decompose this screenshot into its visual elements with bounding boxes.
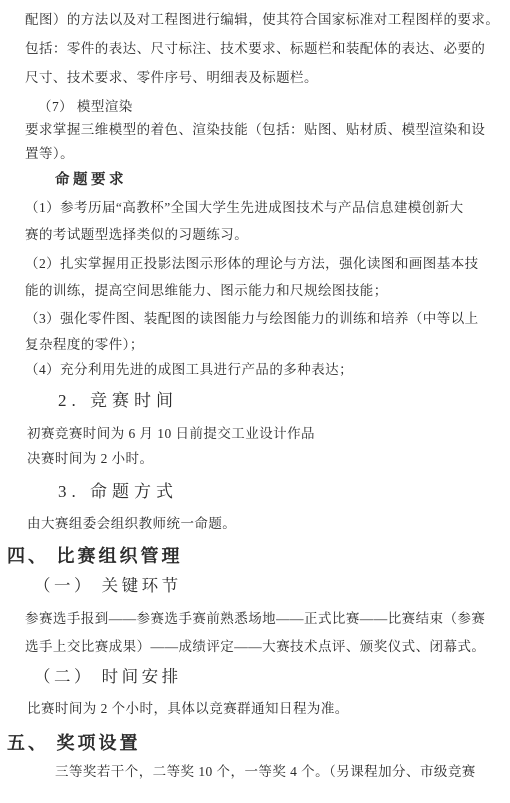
requirement-3-line: （3）强化零件图、装配图的读图能力与绘图能力的训练和培养（中等以上 [25,311,479,327]
final-time-line: 决赛时间为 2 小时。 [27,451,153,467]
paragraph-line: 尺寸、技术要求、零件序号、明细表及标题栏。 [25,70,318,86]
preliminary-time-line: 初赛竞赛时间为 6 月 10 日前提交工业设计作品 [27,426,315,442]
heading-proposition-requirements: 命题要求 [55,172,127,189]
heading-time-arrangement: （二） 时间安排 [34,668,182,687]
heading-3-proposition-method: 3. 命题方式 [58,482,178,502]
paragraph-line: 要求掌握三维模型的着色、渲染技能（包括：贴图、贴材质、模型渲染和设 [25,122,485,138]
heading-key-links: （一） 关键环节 [34,577,182,596]
heading-2-competition-time: 2. 竞赛时间 [58,391,178,411]
paragraph-line: 包括：零件的表达、尺寸标注、技术要求、标题栏和装配体的表达、必要的 [25,41,485,57]
time-arrangement-line: 比赛时间为 2 个小时，具体以竞赛群通知日程为准。 [27,701,349,717]
document-page: 配图）的方法以及对工程图进行编辑，使其符合国家标准对工程图样的要求。 包括：零件… [0,0,510,803]
paragraph-line: 配图）的方法以及对工程图进行编辑，使其符合国家标准对工程图样的要求。 [25,12,499,28]
heading-section-5-awards: 五、 奖项设置 [7,733,141,754]
requirement-3-line: 复杂程度的零件）； [25,337,144,353]
requirement-4-line: （4）充分利用先进的成图工具进行产品的多种表达； [25,362,353,378]
proposition-method-line: 由大赛组委会组织教师统一命题。 [27,516,236,532]
key-links-line: 选手上交比赛成果）——成绩评定——大赛技术点评、颁奖仪式、闭幕式。 [25,639,485,655]
requirement-1-line: 赛的考试题型选择类似的习题练习。 [25,227,248,243]
requirement-2-line: （2）扎实掌握用正投影法图示形体的理论与方法，强化读图和画图基本技 [25,256,479,272]
requirement-1-line: （1）参考历届“高教杯”全国大学生先进成图技术与产品信息建模创新大 [25,200,464,216]
requirement-2-line: 能的训练，提高空间思维能力、图示能力和尺规绘图技能； [25,283,388,299]
heading-section-4-organization: 四、 比赛组织管理 [7,546,183,567]
item-7-model-rendering: （7） 模型渲染 [38,99,133,115]
awards-line: 三等奖若干个，二等奖 10 个，一等奖 4 个。（另课程加分、市级竞赛 [55,764,476,780]
paragraph-line: 置等）。 [25,146,74,162]
key-links-line: 参赛选手报到——参赛选手赛前熟悉场地——正式比赛——比赛结束（参赛 [25,611,485,627]
